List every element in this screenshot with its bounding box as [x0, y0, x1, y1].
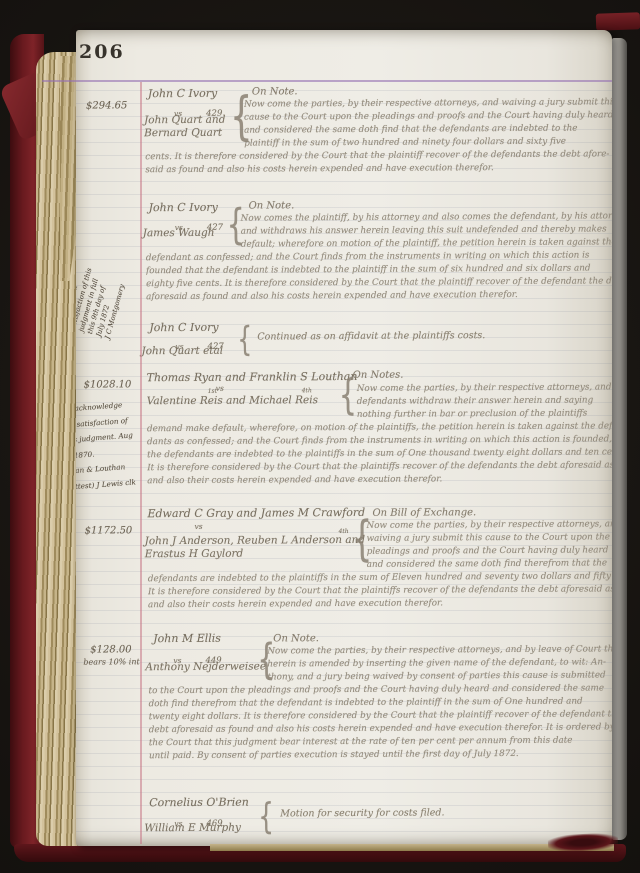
handwritten-line: William E Murphy — [144, 822, 241, 836]
plaintiff-name: John C Ivory — [148, 87, 217, 100]
plaintiff-name: Edward C Gray and James M Crawford — [147, 506, 365, 520]
entry-body: Now come the parties, by their respectiv… — [244, 96, 612, 150]
ledger-photo: 206 $294.65 John C Ivory vs429 John Quar… — [0, 0, 640, 873]
entry-body: Now comes the plaintiff, by his attorney… — [241, 210, 612, 251]
handwritten-line: and also their costs herein expended and… — [147, 472, 612, 488]
handwritten-line: James Waugh — [143, 227, 215, 240]
entry-disposition: Continued as on affidavit at the plainti… — [257, 330, 485, 342]
head-rule-purple — [42, 80, 612, 82]
entry-body: Now come the parties, by their respectiv… — [367, 518, 612, 572]
vs-label: vs — [195, 522, 203, 531]
defendant-names: Valentine Reis and Michael Reis — [147, 394, 318, 408]
brace-mark: { — [258, 799, 274, 835]
handwritten-line: John Quart etal — [141, 345, 223, 358]
entry-body: Now come the parties, by their respectiv… — [357, 381, 612, 422]
entry-heading: On Note. — [249, 200, 295, 211]
ledger-entry-obrien-v-murphy: Cornelius O'Brien vs469 William E Murphy… — [78, 793, 612, 842]
plaintiff-name: Thomas Ryan and Franklin S Louthan — [147, 370, 358, 384]
entry-heading: On Note. — [273, 633, 319, 644]
defendant-names: James Waugh — [143, 227, 215, 240]
adjacent-page-edge — [612, 38, 627, 840]
handwritten-content: $294.65 John C Ivory vs429 John Quart an… — [76, 30, 612, 846]
defendant-names: William E Murphy — [144, 822, 241, 836]
ledger-entry-ivory-v-quart: $294.65 John C Ivory vs429 John Quart an… — [76, 84, 610, 179]
defendant-names: John Quart andBernard Quart — [144, 114, 226, 140]
brace-mark: { — [339, 374, 357, 416]
interest-note: bears 10% int — [83, 657, 139, 666]
ledger-entry-ellis-v-anthony: $128.00 bears 10% int John M Ellis vs449… — [77, 629, 612, 767]
handwritten-line: Anthony Nejderweisee — [145, 660, 266, 674]
entry-heading: On Notes. — [353, 370, 404, 381]
interlineation-mark: 1st — [208, 388, 217, 395]
ledger-page: 206 $294.65 John C Ivory vs429 John Quar… — [76, 30, 612, 846]
plaintiff-name: Cornelius O'Brien — [149, 796, 249, 810]
judgment-amount: $128.00 — [90, 644, 131, 655]
handwritten-line: until paid. By consent of parties execut… — [149, 747, 612, 763]
book-cover-top-right — [596, 12, 640, 31]
entry-disposition: Motion for security for costs filed. — [280, 807, 444, 819]
interlineation-mark: 4th — [339, 528, 349, 535]
entry-body-full: to the Court upon the pleadings and proo… — [149, 682, 612, 763]
interlineation-mark: 4th — [302, 387, 312, 394]
judgment-amount: $294.65 — [86, 100, 127, 111]
ledger-entry-gray-v-anderson: $1172.50 Edward C Gray and James M Crawf… — [76, 504, 612, 629]
brace-mark: { — [237, 323, 252, 357]
judgment-amount: $1028.10 — [84, 379, 132, 390]
entry-body-full: demand make default, wherefore, on motio… — [147, 420, 612, 488]
handwritten-line: Erastus H Gaylord — [145, 547, 366, 561]
defendant-names: John J Anderson, Reuben L Anderson andEr… — [145, 534, 366, 561]
handwritten-line: Bernard Quart — [144, 127, 225, 140]
handwritten-line: John Quart and — [144, 114, 225, 127]
handwritten-line: John J Anderson, Reuben L Anderson and — [145, 534, 366, 548]
ledger-entry-ryan-v-reis: $1028.10 We acknowledgefull satisfaction… — [76, 368, 612, 496]
entry-heading: On Note. — [252, 86, 298, 97]
plaintiff-name: John C Ivory — [149, 321, 218, 334]
entry-body-full: cents. It is therefore considered by the… — [145, 148, 612, 177]
entry-body-full: defendants are indebted to the plaintiff… — [148, 570, 612, 612]
handwritten-line: said as found and also his costs herein … — [145, 161, 612, 177]
handwritten-line: and also their costs herein expended and… — [148, 596, 612, 612]
margin-rule-pink — [140, 82, 142, 844]
handwritten-line: aforesaid as found and also his costs he… — [146, 288, 612, 304]
entry-heading: On Bill of Exchange. — [372, 507, 476, 519]
defendant-names: Anthony Nejderweisee — [145, 660, 266, 674]
defendant-names: John Quart etal — [141, 345, 223, 358]
judgment-amount: $1172.50 — [85, 525, 133, 536]
ledger-entry-ivory-v-waugh: Said party to havereceived fullsatisfact… — [76, 198, 611, 321]
handwritten-line: Valentine Reis and Michael Reis — [147, 394, 318, 408]
ledger-entry-ivory-v-quart-etal: John C Ivory vs427 John Quart etal { Con… — [76, 318, 612, 365]
entry-body: Now come the parties, by their respectiv… — [267, 643, 612, 684]
plaintiff-name: John C Ivory — [149, 201, 218, 214]
plaintiff-name: John M Ellis — [153, 632, 221, 645]
entry-body-full: defendant as confessed; and the Court fi… — [146, 249, 612, 304]
